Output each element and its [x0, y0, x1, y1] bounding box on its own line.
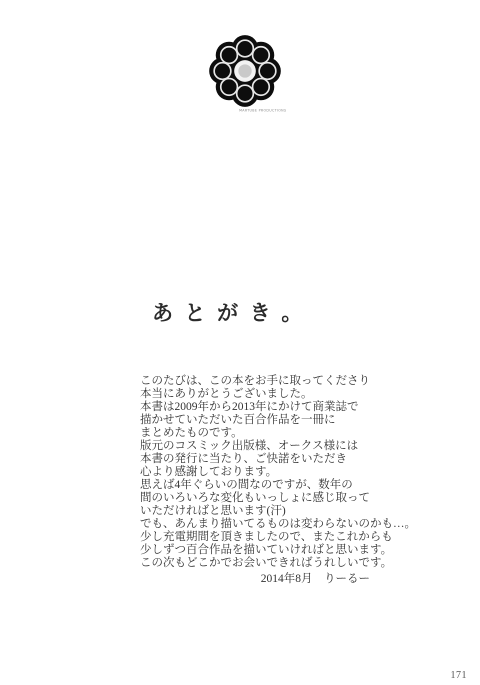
publisher-logo: MARTUBE PRODUCTIONS — [202, 31, 288, 113]
text-line: 本当にありがとうございました。 — [140, 388, 313, 400]
document-page: MARTUBE PRODUCTIONS あとがき。 このたびは、この本をお手に取… — [0, 0, 480, 685]
logo-caption: MARTUBE PRODUCTIONS — [217, 108, 288, 112]
text-line: でも、あんまり描いてるものは変わらないのかも…。 — [140, 518, 416, 530]
text-line: この次もどこかでお会いできればうれしいです。 — [140, 557, 392, 569]
page-number: 171 — [451, 670, 468, 681]
text-line: 少しずつ百合作品を描いていければと思います。 — [140, 544, 392, 556]
text-line: いただければと思います(汗) — [140, 505, 286, 517]
paragraph-reflection: 思えば4年ぐらいの間なのですが、数年の 間のいろいろな変化もいっしょに感じ取って… — [140, 479, 388, 531]
text-line: 思えば4年ぐらいの間なのですが、数年の — [140, 479, 353, 491]
text-line: 少し充電期間を頂きましたので、またこれからも — [140, 531, 393, 543]
text-line: 本書は2009年から2013年にかけて商業誌で — [140, 401, 359, 413]
afterword-body: このたびは、この本をお手に取ってくださり 本当にありがとうございました。 本書は… — [140, 375, 388, 586]
paragraph-future: 少し充電期間を頂きましたので、またこれからも 少しずつ百合作品を描いていければと… — [140, 531, 388, 570]
text-line: 描かせていただいた百合作品を一冊に — [140, 414, 336, 426]
text-line: まとめたものです。 — [140, 427, 243, 439]
text-line: 本書の発行に当たり、ご快諾をいただき — [140, 453, 347, 465]
author-signature: 2014年8月 りーるー — [140, 573, 388, 586]
paragraph-about-book: 本書は2009年から2013年にかけて商業誌で 描かせていただいた百合作品を一冊… — [140, 401, 388, 440]
text-line: 心より感謝しております。 — [140, 466, 277, 478]
text-line: 版元のコスミック出版様、オークス様には — [140, 440, 358, 452]
paragraph-publisher-thanks: 版元のコスミック出版様、オークス様には 本書の発行に当たり、ご快諾をいただき 心… — [140, 440, 388, 479]
text-line: このたびは、この本をお手に取ってくださり — [140, 375, 370, 387]
circle-cluster-logo-icon — [203, 31, 287, 111]
text-line: 間のいろいろな変化もいっしょに感じ取って — [140, 492, 370, 504]
paragraph-thanks: このたびは、この本をお手に取ってくださり 本当にありがとうございました。 — [140, 375, 388, 401]
page-title: あとがき。 — [152, 297, 314, 327]
